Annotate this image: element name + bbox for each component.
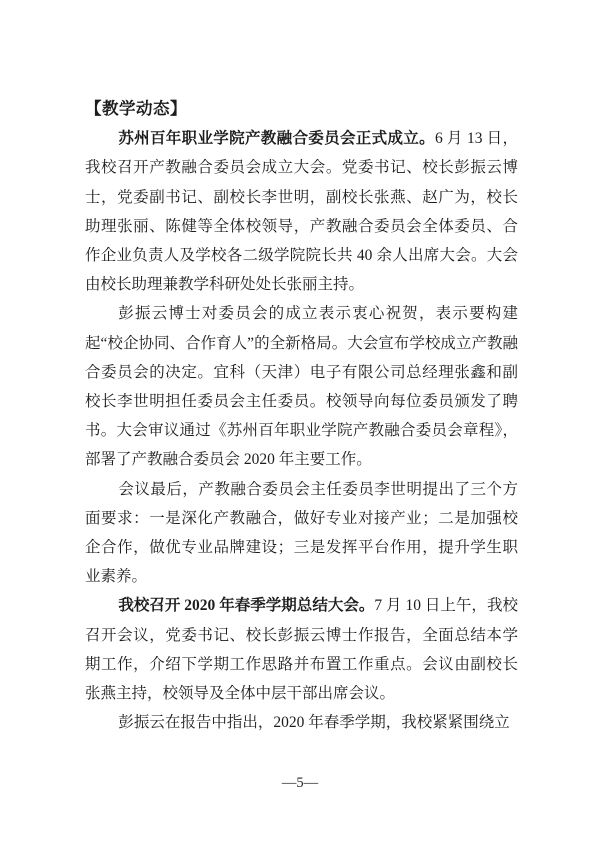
paragraph: 彭振云博士对委员会的成立表示衷心祝贺，表示要构建起“校企协同、合作育人”的全新格… bbox=[85, 299, 518, 474]
document-page: 【教学动态】 苏州百年职业学院产教融合委员会正式成立。6 月 13 日，我校召开… bbox=[0, 0, 600, 848]
page-content: 【教学动态】 苏州百年职业学院产教融合委员会正式成立。6 月 13 日，我校召开… bbox=[85, 95, 518, 737]
paragraph-body: 会议最后，产教融合委员会主任委员李世明提出了三个方面要求：一是深化产教融合，做好… bbox=[85, 481, 518, 586]
paragraph-lead-bold: 我校召开 2020 年春季学期总结大会。 bbox=[118, 597, 374, 614]
paragraph-body: 彭振云在报告中指出，2020 年春季学期，我校紧紧围绕立 bbox=[118, 714, 509, 731]
paragraph-body: 彭振云博士对委员会的成立表示衷心祝贺，表示要构建起“校企协同、合作育人”的全新格… bbox=[85, 305, 518, 468]
paragraph: 我校召开 2020 年春季学期总结大会。7 月 10 日上午，我校召开会议，党委… bbox=[85, 591, 518, 708]
paragraph-lead-bold: 苏州百年职业学院产教融合委员会正式成立。 bbox=[118, 130, 435, 147]
paragraph: 彭振云在报告中指出，2020 年春季学期，我校紧紧围绕立 bbox=[85, 708, 518, 737]
paragraph: 苏州百年职业学院产教融合委员会正式成立。6 月 13 日，我校召开产教融合委员会… bbox=[85, 124, 518, 299]
paragraph-body: 6 月 13 日，我校召开产教融合委员会成立大会。党委书记、校长彭振云博士，党委… bbox=[85, 130, 518, 293]
section-heading: 【教学动态】 bbox=[85, 95, 518, 124]
paragraph: 会议最后，产教融合委员会主任委员李世明提出了三个方面要求：一是深化产教融合，做好… bbox=[85, 475, 518, 592]
page-number: —5— bbox=[0, 773, 600, 793]
